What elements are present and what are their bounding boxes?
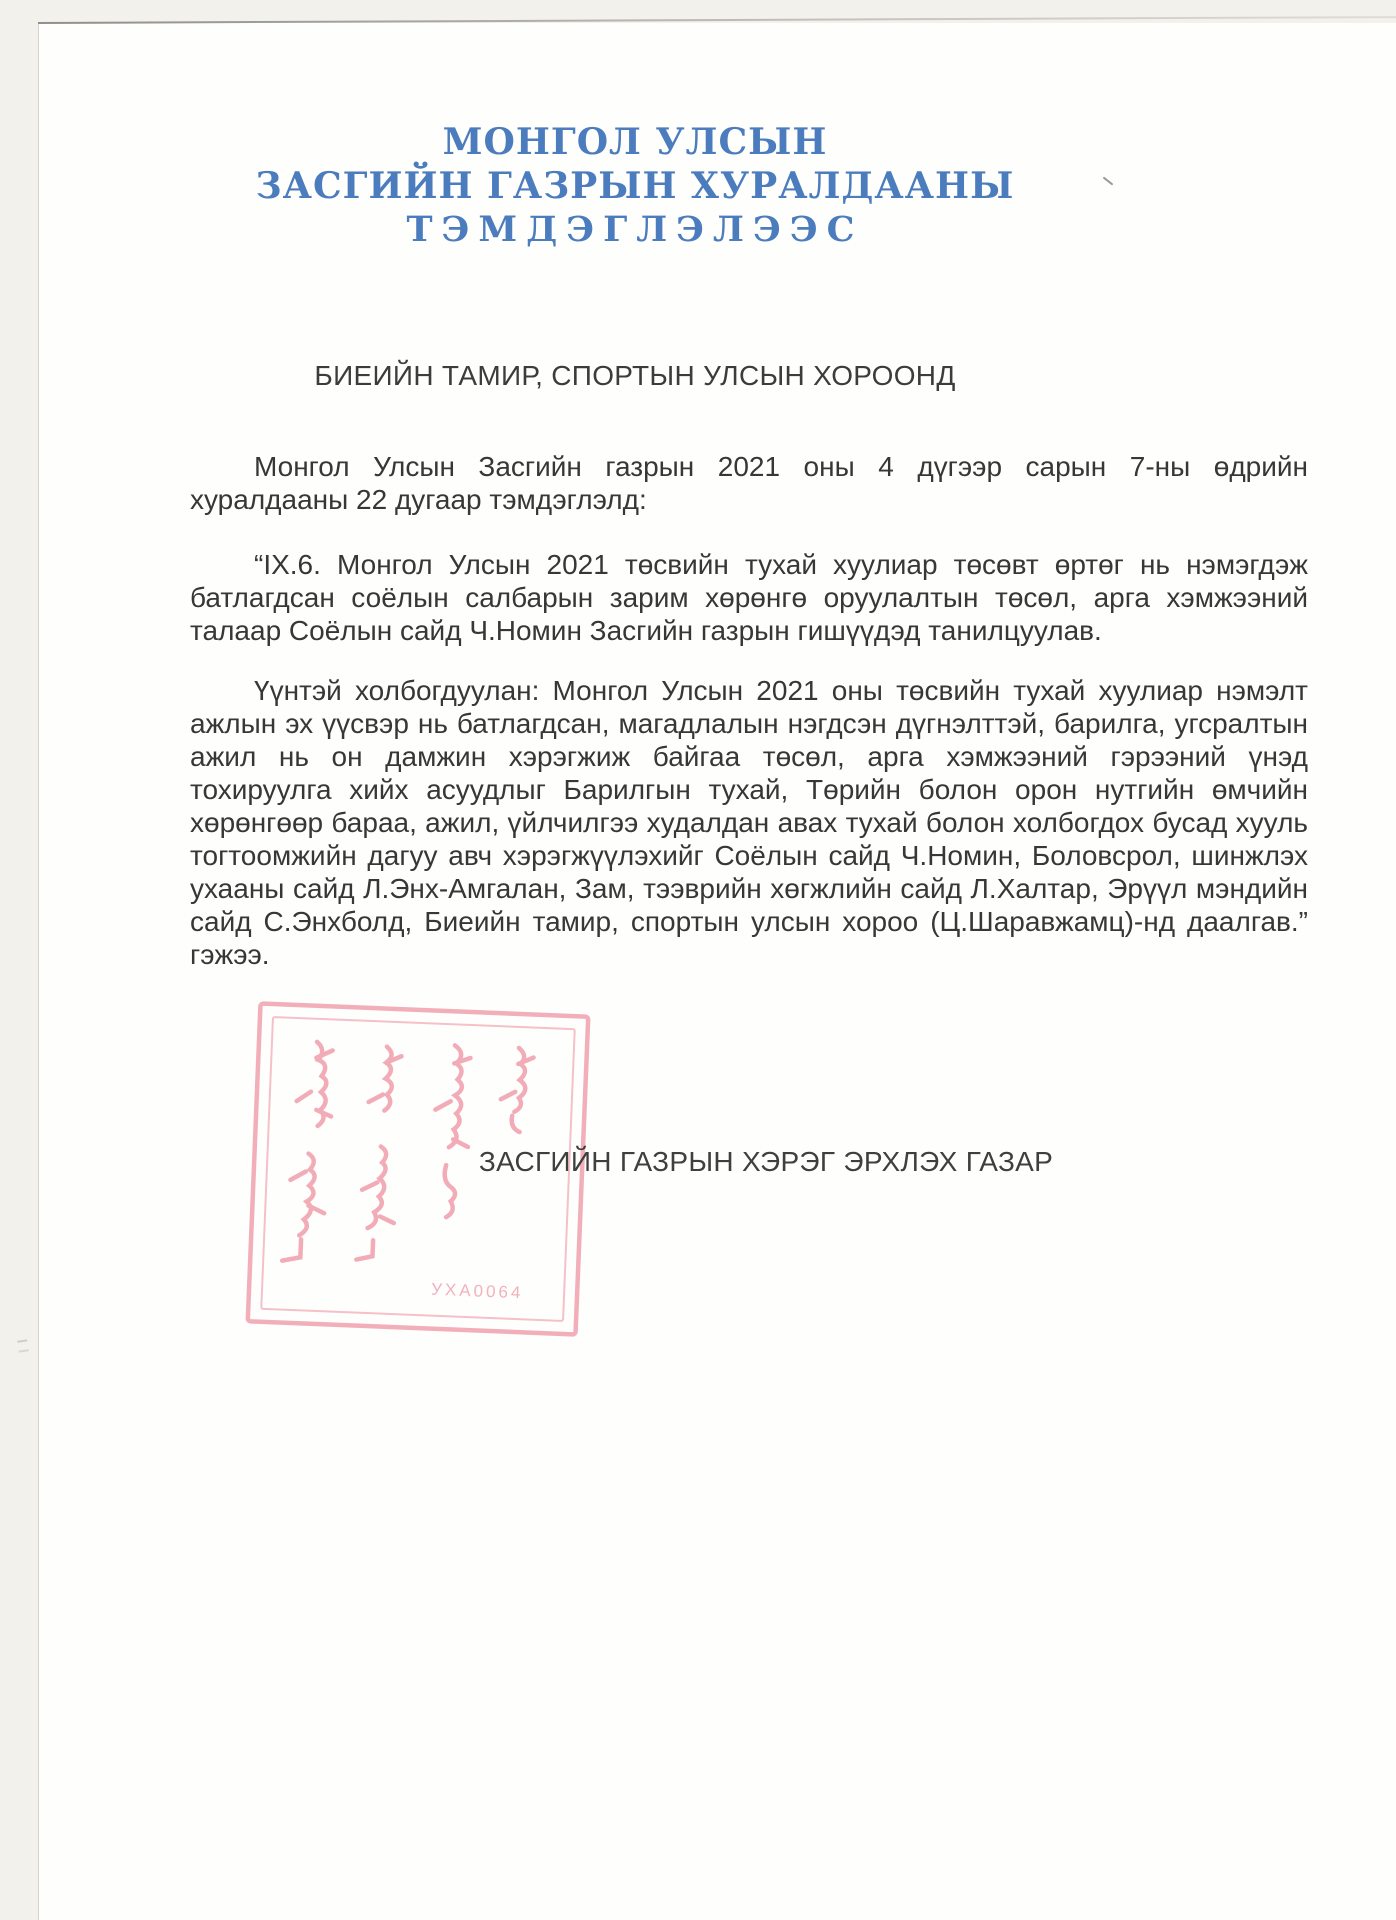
letterhead-line-1: МОНГОЛ УЛСЫН <box>190 120 1080 164</box>
signature-org-line: ЗАСГИЙН ГАЗРЫН ХЭРЭГ ЭРХЛЭХ ГАЗАР <box>190 1146 1308 1178</box>
body-paragraph-1: Монгол Улсын Засгийн газрын 2021 оны 4 д… <box>190 450 1308 516</box>
scan-smudge-artifact <box>17 1339 29 1352</box>
letterhead-line-3: ТЭМДЭГЛЭЛЭЭС <box>190 208 1080 252</box>
document-body: Монгол Улсын Засгийн газрын 2021 оны 4 д… <box>190 450 1308 971</box>
body-paragraph-3: Үүнтэй холбогдуулан: Монгол Улсын 2021 о… <box>190 674 1308 971</box>
body-paragraph-2: “IX.6. Монгол Улсын 2021 төсвийн тухай х… <box>190 548 1308 647</box>
letterhead: МОНГОЛ УЛСЫН ЗАСГИЙН ГАЗРЫН ХУРАЛДААНЫ Т… <box>190 120 1080 252</box>
recipient-line: БИЕИЙН ТАМИР, СПОРТЫН УЛСЫН ХОРООНД <box>190 360 1080 392</box>
scanned-page <box>38 23 1396 1920</box>
letterhead-line-2: ЗАСГИЙН ГАЗРЫН ХУРАЛДААНЫ <box>190 164 1080 208</box>
stamp-serial: УХА0064 <box>431 1280 524 1303</box>
